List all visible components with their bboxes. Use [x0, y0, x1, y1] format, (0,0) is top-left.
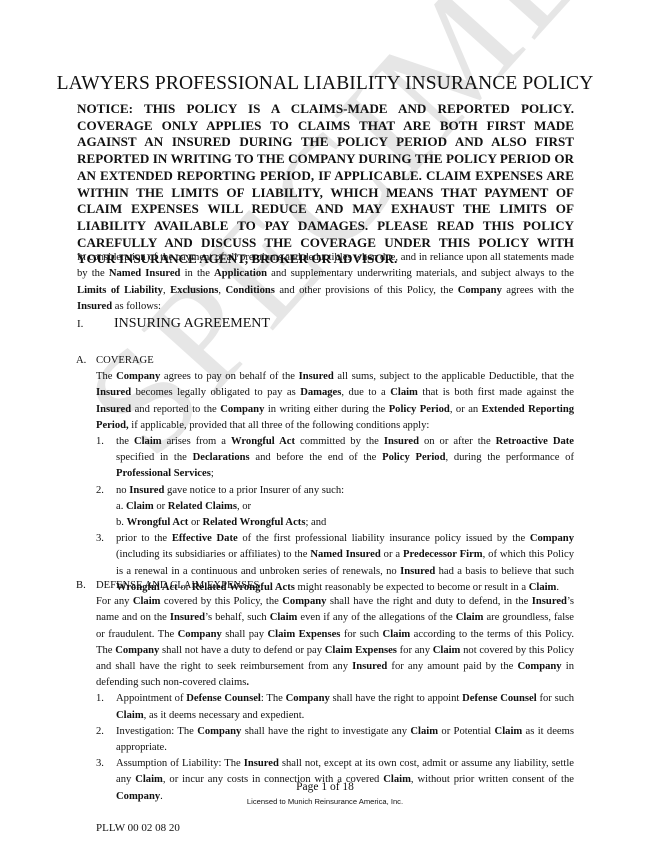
defined-term: Claim	[133, 596, 161, 607]
form-code: PLLW 00 02 08 20	[96, 822, 180, 834]
defined-term: Defense Counsel	[462, 693, 537, 704]
defined-term: Exclusions	[170, 285, 218, 296]
list-item: 2.Investigation: The Company shall have …	[96, 724, 574, 756]
defined-term: Company	[178, 629, 222, 640]
list-item-number: 3.	[96, 531, 104, 547]
page-number: Page 1 of 18	[0, 781, 650, 793]
defined-term: Wrongful Act	[127, 517, 189, 528]
list-subitem: a. Claim or Related Claims, or	[116, 499, 574, 515]
list-subitem: b. Wrongful Act or Related Wrongful Acts…	[116, 515, 574, 531]
subsection-label: B.	[76, 578, 86, 594]
defined-term: Company	[197, 726, 241, 737]
policy-page: SPECIMEN LAWYERS PROFESSIONAL LIABILITY …	[0, 0, 650, 841]
subsection-coverage: A. COVERAGE The Company agrees to pay on…	[96, 353, 574, 596]
defined-term: Claim	[134, 436, 162, 447]
intro-paragraph: In consideration of the payment of all p…	[77, 250, 574, 316]
defined-term: Declarations	[193, 452, 250, 463]
coverage-conditions-list: 1.the Claim arises from a Wrongful Act c…	[96, 434, 574, 596]
defined-term: Company	[115, 645, 159, 656]
list-item: 1.the Claim arises from a Wrongful Act c…	[96, 434, 574, 483]
license-notice: Licensed to Munich Reinsurance America, …	[0, 797, 650, 806]
defined-term: Extended Reporting Period,	[96, 404, 574, 431]
defined-term: Conditions	[225, 285, 274, 296]
subsection-heading: COVERAGE	[96, 353, 574, 369]
coverage-body: The Company agrees to pay on behalf of t…	[96, 369, 574, 434]
defined-term: Policy Period	[389, 404, 450, 415]
list-item-number: 1.	[96, 434, 104, 450]
defined-term: Insured	[77, 301, 112, 312]
defined-term: Insured	[532, 596, 567, 607]
list-item-number: 2.	[96, 724, 104, 740]
defined-term: Company	[220, 404, 264, 415]
defined-term: Insured	[400, 566, 435, 577]
defined-term: Claim	[390, 387, 418, 398]
defined-term: Insured	[352, 661, 387, 672]
defined-term: Company	[517, 661, 561, 672]
defined-term: Claim	[410, 726, 438, 737]
defined-term: Company	[530, 533, 574, 544]
defined-term: Insured	[170, 612, 205, 623]
defined-term: Damages	[300, 387, 341, 398]
subsection-defense: B. DEFENSE AND CLAIM EXPENSES For any Cl…	[96, 578, 574, 805]
defined-term: Insured	[96, 387, 131, 398]
section-title: INSURING AGREEMENT	[114, 316, 270, 331]
defined-term: Professional Services	[116, 468, 211, 479]
defined-term: Named Insured	[310, 549, 380, 560]
claims-made-notice: NOTICE: THIS POLICY IS A CLAIMS-MADE AND…	[77, 101, 574, 268]
defined-term: Claim	[270, 612, 298, 623]
list-item-text: the Claim arises from a Wrongful Act com…	[116, 434, 574, 483]
defined-term: .	[246, 677, 249, 688]
defined-term: Named Insured	[109, 268, 181, 279]
defined-term: Insured	[129, 485, 164, 496]
document-title: LAWYERS PROFESSIONAL LIABILITY INSURANCE…	[0, 73, 650, 95]
defined-term: Wrongful Act	[231, 436, 295, 447]
subsection-heading: DEFENSE AND CLAIM EXPENSES	[96, 578, 574, 594]
defined-term: Insured	[384, 436, 419, 447]
defined-term: Predecessor Firm	[403, 549, 483, 560]
list-item-number: 2.	[96, 483, 104, 499]
defined-term: Application	[214, 268, 267, 279]
defined-term: Claim	[116, 710, 144, 721]
list-item-text: Investigation: The Company shall have th…	[116, 724, 574, 756]
list-item-text: no Insured gave notice to a prior Insure…	[116, 483, 574, 499]
defined-term: Claim	[456, 612, 484, 623]
notice-label: NOTICE	[77, 101, 129, 116]
defined-term: Company	[116, 371, 160, 382]
defined-term: Effective Date	[172, 533, 238, 544]
notice-text: : THIS POLICY IS A CLAIMS-MADE AND REPOR…	[77, 101, 574, 266]
list-item: 2.no Insured gave notice to a prior Insu…	[96, 483, 574, 532]
defined-term: Claim Expenses	[267, 629, 340, 640]
defined-term: Company	[286, 693, 330, 704]
defined-term: Claim	[126, 501, 154, 512]
defined-term: Claim Expenses	[325, 645, 397, 656]
section-number: I.	[77, 318, 114, 330]
list-item-text: Appointment of Defense Counsel: The Comp…	[116, 691, 574, 723]
defined-term: Related Claims	[168, 501, 237, 512]
defined-term: Retroactive Date	[496, 436, 574, 447]
list-item-number: 1.	[96, 691, 104, 707]
defined-term: Insured	[244, 758, 279, 769]
list-item: 1.Appointment of Defense Counsel: The Co…	[96, 691, 574, 723]
defined-term: Related Wrongful Acts	[202, 517, 305, 528]
defined-term: Policy Period	[382, 452, 445, 463]
defined-term: Company	[458, 285, 502, 296]
defined-term: Limits of Liability	[77, 285, 163, 296]
defined-term: Insured	[299, 371, 334, 382]
defined-term: Claim	[433, 645, 461, 656]
defined-term: Defense Counsel	[186, 693, 261, 704]
subsection-label: A.	[76, 353, 86, 369]
defense-body: For any Claim covered by this Policy, th…	[96, 594, 574, 691]
defined-term: Claim	[495, 726, 523, 737]
defined-term: Company	[282, 596, 326, 607]
list-item-number: 3.	[96, 756, 104, 772]
section-heading-insuring-agreement: I.INSURING AGREEMENT	[77, 316, 270, 332]
defined-term: Claim	[383, 629, 411, 640]
defined-term: Insured	[96, 404, 131, 415]
